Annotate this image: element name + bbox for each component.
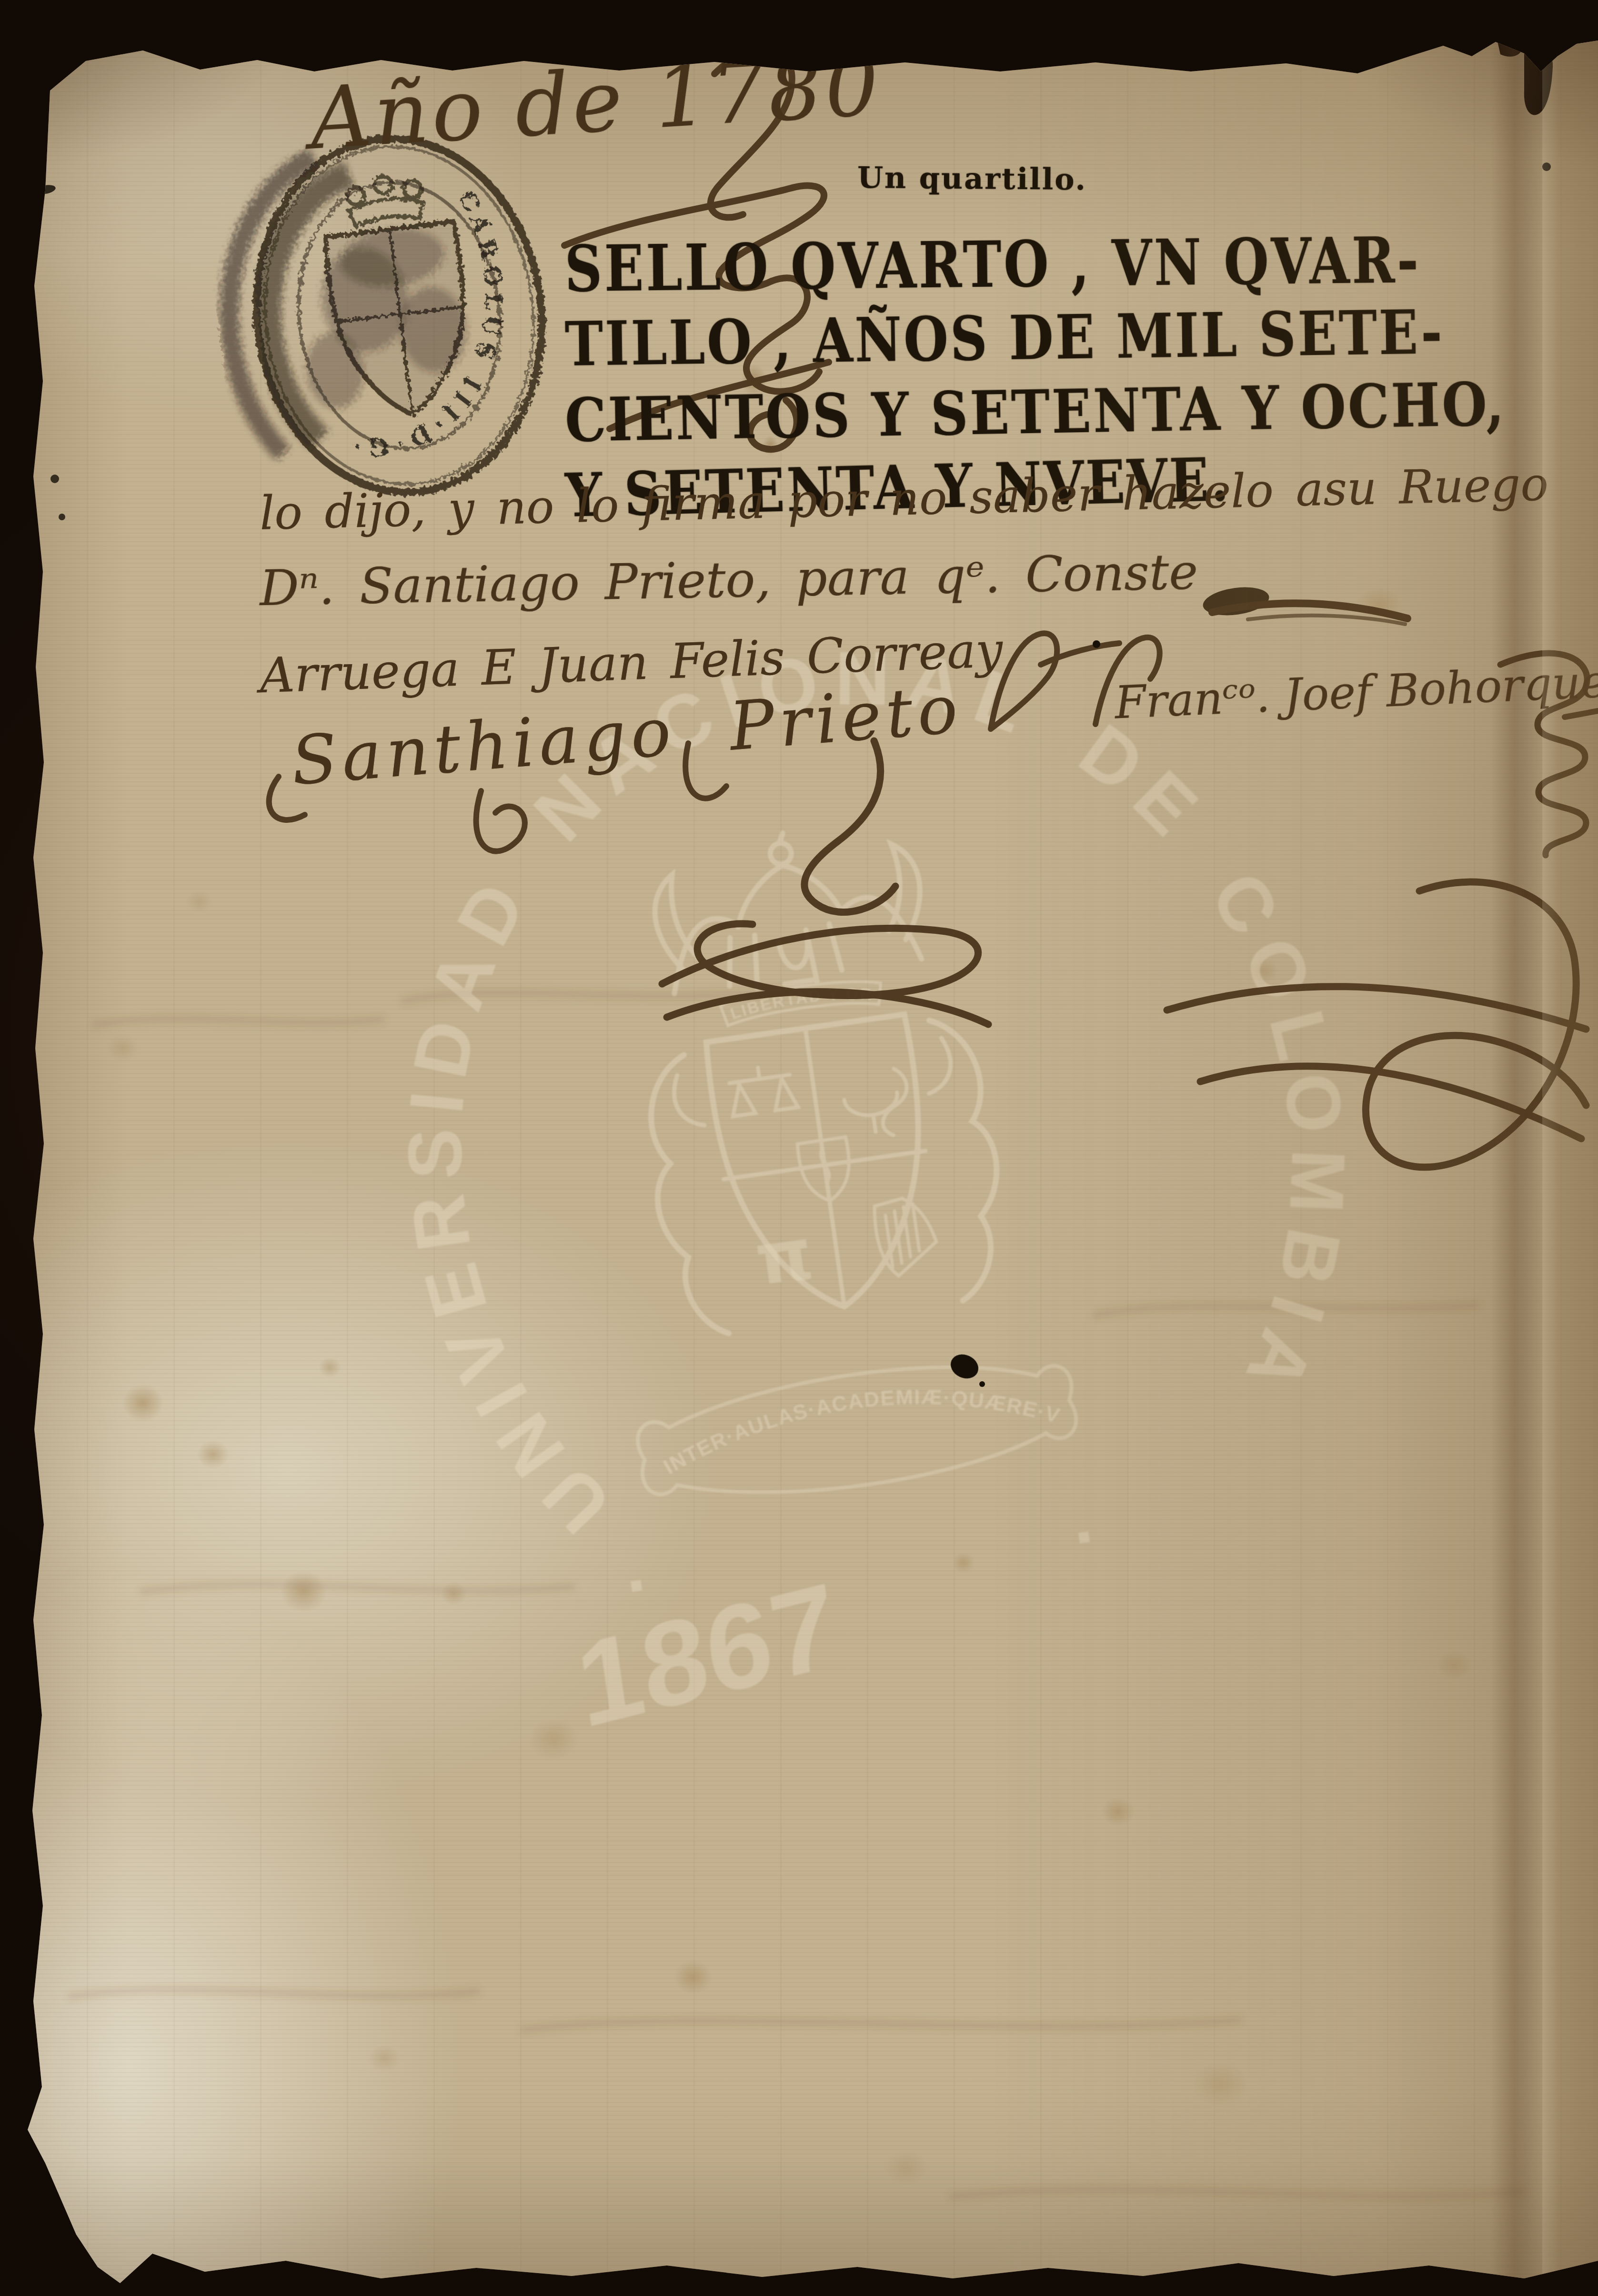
watermark-pi-symbol: π [751, 1212, 818, 1302]
margin-dash [1565, 711, 1598, 717]
seal-crown [345, 172, 425, 227]
paper-tears [1497, 36, 1553, 171]
watermark-motto-ribbon [633, 1345, 1081, 1516]
conste-dash-blot [1201, 584, 1407, 624]
prieto-rubric [662, 741, 988, 1024]
stamp-denomination: Un quartillo. [857, 160, 1087, 197]
watermark-dot-right: · [1068, 1495, 1103, 1578]
photo-backdrop: UNIVERSIDAD NACIONAL DE COLOMBIA · · 186… [0, 0, 1598, 2296]
watermark-year-1867: 1867 [569, 1557, 845, 1754]
manuscript-page: UNIVERSIDAD NACIONAL DE COLOMBIA · · 186… [0, 0, 1598, 2296]
stamp-line-1: SELLO QVARTO , VN QVAR- [564, 223, 1421, 306]
stamp-line-2: TILLO , AÑOS DE MIL SETE- [564, 296, 1445, 380]
